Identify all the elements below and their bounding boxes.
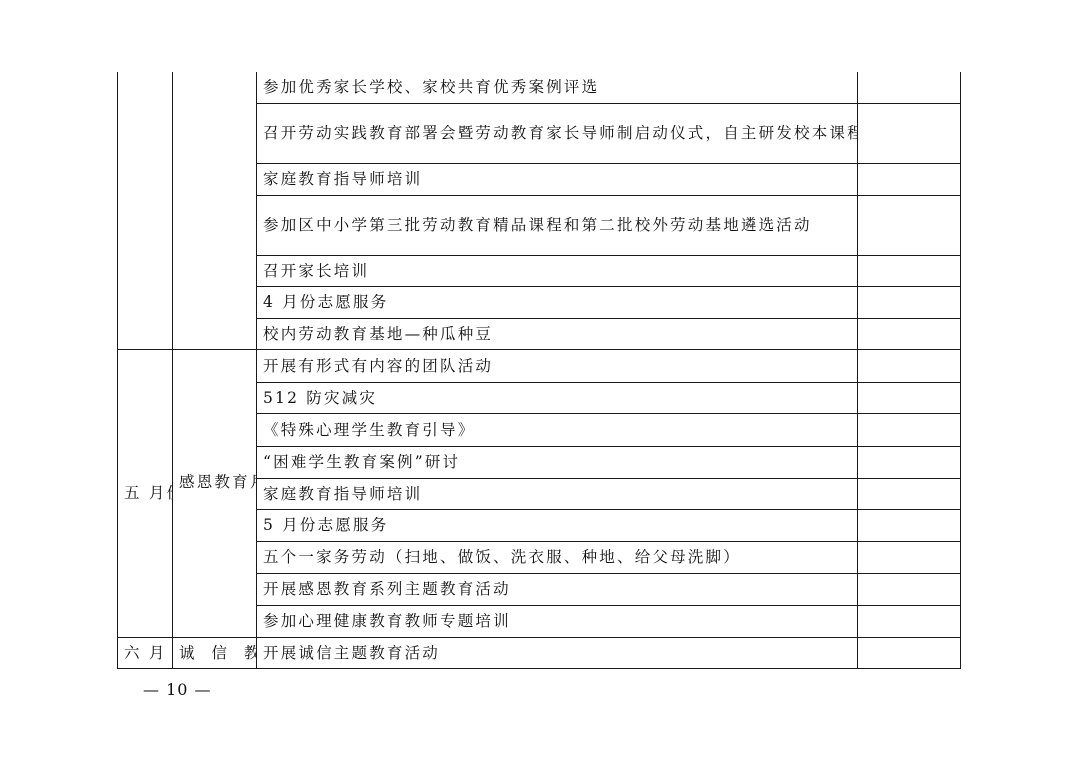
activity-cell: 参加优秀家长学校、家校共育优秀案例评选 [257, 72, 858, 103]
note-cell [858, 163, 961, 195]
month-cell-april [118, 72, 173, 349]
activity-cell: 家庭教育指导师培训 [257, 163, 858, 195]
note-cell [858, 637, 961, 668]
activity-cell: “困难学生教育案例”研讨 [257, 446, 858, 478]
activity-cell: 4 月份志愿服务 [257, 286, 858, 318]
note-cell [858, 382, 961, 413]
note-cell [858, 446, 961, 478]
theme-cell-may: 感恩教育月 [173, 349, 257, 637]
table-row: 六 月 诚 信 教 开展诚信主题教育活动 [118, 637, 961, 668]
activity-cell: 开展感恩教育系列主题教育活动 [257, 573, 858, 605]
activity-cell: 召开劳动实践教育部署会暨劳动教育家长导师制启动仪式，自主研发校本课程，并开启家长… [257, 103, 858, 163]
note-cell [858, 318, 961, 349]
note-cell [858, 286, 961, 318]
note-cell [858, 195, 961, 255]
table-row: 五 月份 感恩教育月 开展有形式有内容的团队活动 [118, 349, 961, 382]
theme-cell-april [173, 72, 257, 349]
activity-cell: 校内劳动教育基地—种瓜种豆 [257, 318, 858, 349]
month-cell-june: 六 月 [118, 637, 173, 668]
activity-cell: 开展诚信主题教育活动 [257, 637, 858, 668]
activity-cell: 家庭教育指导师培训 [257, 478, 858, 509]
note-cell [858, 478, 961, 509]
activity-plan-table: 参加优秀家长学校、家校共育优秀案例评选 召开劳动实践教育部署会暨劳动教育家长导师… [117, 72, 961, 669]
activity-cell: 参加区中小学第三批劳动教育精品课程和第二批校外劳动基地遴选活动 [257, 195, 858, 255]
note-cell [858, 72, 961, 103]
activity-cell: 参加心理健康教育教师专题培训 [257, 605, 858, 637]
note-cell [858, 605, 961, 637]
note-cell [858, 541, 961, 573]
note-cell [858, 103, 961, 163]
note-cell [858, 573, 961, 605]
theme-cell-june: 诚 信 教 [173, 637, 257, 668]
activity-cell: 512 防灾减灾 [257, 382, 858, 413]
activity-cell: 召开家长培训 [257, 255, 858, 286]
activity-cell: 《特殊心理学生教育引导》 [257, 413, 858, 446]
page-number: — 10 — [143, 680, 212, 699]
note-cell [858, 413, 961, 446]
activity-cell: 开展有形式有内容的团队活动 [257, 349, 858, 382]
table-row: 参加优秀家长学校、家校共育优秀案例评选 [118, 72, 961, 103]
document-page: 参加优秀家长学校、家校共育优秀案例评选 召开劳动实践教育部署会暨劳动教育家长导师… [0, 0, 1080, 764]
month-cell-may: 五 月份 [118, 349, 173, 637]
activity-cell: 五个一家务劳动（扫地、做饭、洗衣服、种地、给父母洗脚） [257, 541, 858, 573]
activity-cell: 5 月份志愿服务 [257, 509, 858, 541]
note-cell [858, 255, 961, 286]
note-cell [858, 509, 961, 541]
note-cell [858, 349, 961, 382]
